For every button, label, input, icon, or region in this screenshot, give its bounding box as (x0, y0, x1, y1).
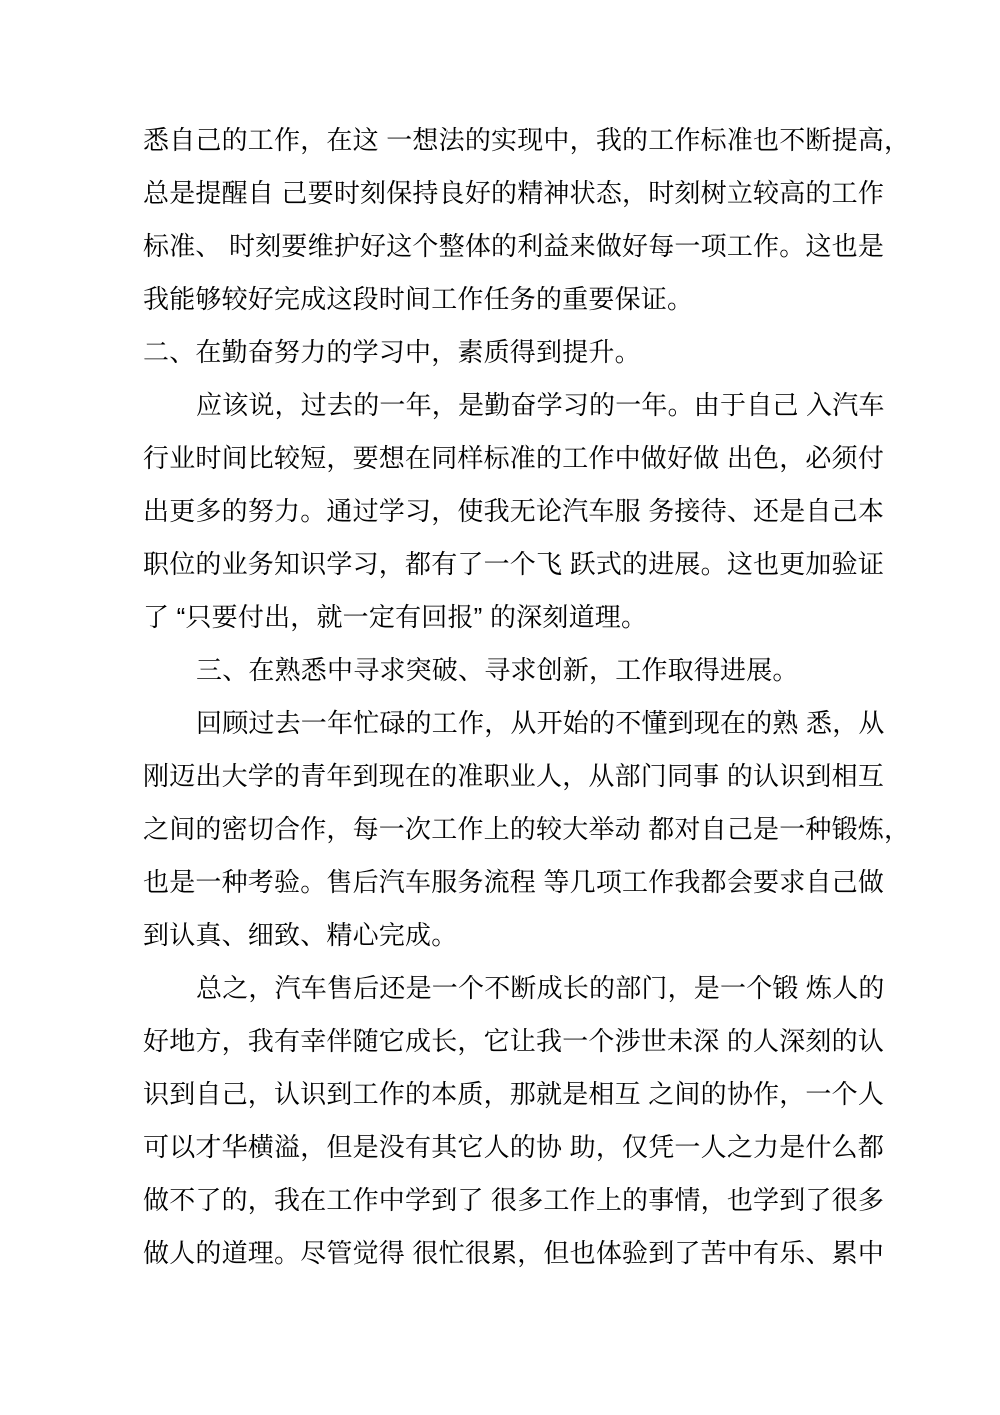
text-line: 也是一种考验。售后汽车服务流程 等几项工作我都会要求自己做 (143, 856, 933, 909)
text-line: 应该说，过去的一年，是勤奋学习的一年。由于自己 入汽车 (143, 379, 933, 432)
document-text-block: 悉自己的工作，在这 一想法的实现中，我的工作标准也不断提高，总是提醒自 己要时刻… (143, 114, 933, 1280)
text-line: 总之，汽车售后还是一个不断成长的部门，是一个锻 炼人的 (143, 962, 933, 1015)
text-line: 好地方，我有幸伴随它成长，它让我一个涉世未深 的人深刻的认 (143, 1015, 933, 1068)
text-line: 总是提醒自 己要时刻保持良好的精神状态，时刻树立较高的工作 (143, 167, 933, 220)
text-line: 二、在勤奋努力的学习中，素质得到提升。 (143, 326, 933, 379)
text-line: 可以才华横溢，但是没有其它人的协 助，仅凭一人之力是什么都 (143, 1121, 933, 1174)
text-line: 识到自己，认识到工作的本质，那就是相互 之间的协作，一个人 (143, 1068, 933, 1121)
text-line: 做人的道理。尽管觉得 很忙很累，但也体验到了苦中有乐、累中 (143, 1227, 933, 1280)
text-line: 行业时间比较短，要想在同样标准的工作中做好做 出色，必须付 (143, 432, 933, 485)
text-line: 悉自己的工作，在这 一想法的实现中，我的工作标准也不断提高， (143, 114, 933, 167)
text-line: 出更多的努力。通过学习，使我无论汽车服 务接待、还是自己本 (143, 485, 933, 538)
text-line: 之间的密切合作，每一次工作上的较大举动 都对自己是一种锻炼， (143, 803, 933, 856)
text-line: 到认真、细致、精心完成。 (143, 909, 933, 962)
text-line: 回顾过去一年忙碌的工作，从开始的不懂到现在的熟 悉，从 (143, 697, 933, 750)
text-line: 做不了的，我在工作中学到了 很多工作上的事情，也学到了很多 (143, 1174, 933, 1227)
text-line: 刚迈出大学的青年到现在的准职业人，从部门同事 的认识到相互 (143, 750, 933, 803)
text-line: 标准、 时刻要维护好这个整体的利益来做好每一项工作。这也是 (143, 220, 933, 273)
text-line: 了 “只要付出，就一定有回报” 的深刻道理。 (143, 591, 933, 644)
text-line: 职位的业务知识学习，都有了一个飞 跃式的进展。这也更加验证 (143, 538, 933, 591)
document-page: 悉自己的工作，在这 一想法的实现中，我的工作标准也不断提高，总是提醒自 己要时刻… (0, 0, 1000, 1415)
text-line: 我能够较好完成这段时间工作任务的重要保证。 (143, 273, 933, 326)
text-line: 三、在熟悉中寻求突破、寻求创新，工作取得进展。 (143, 644, 933, 697)
